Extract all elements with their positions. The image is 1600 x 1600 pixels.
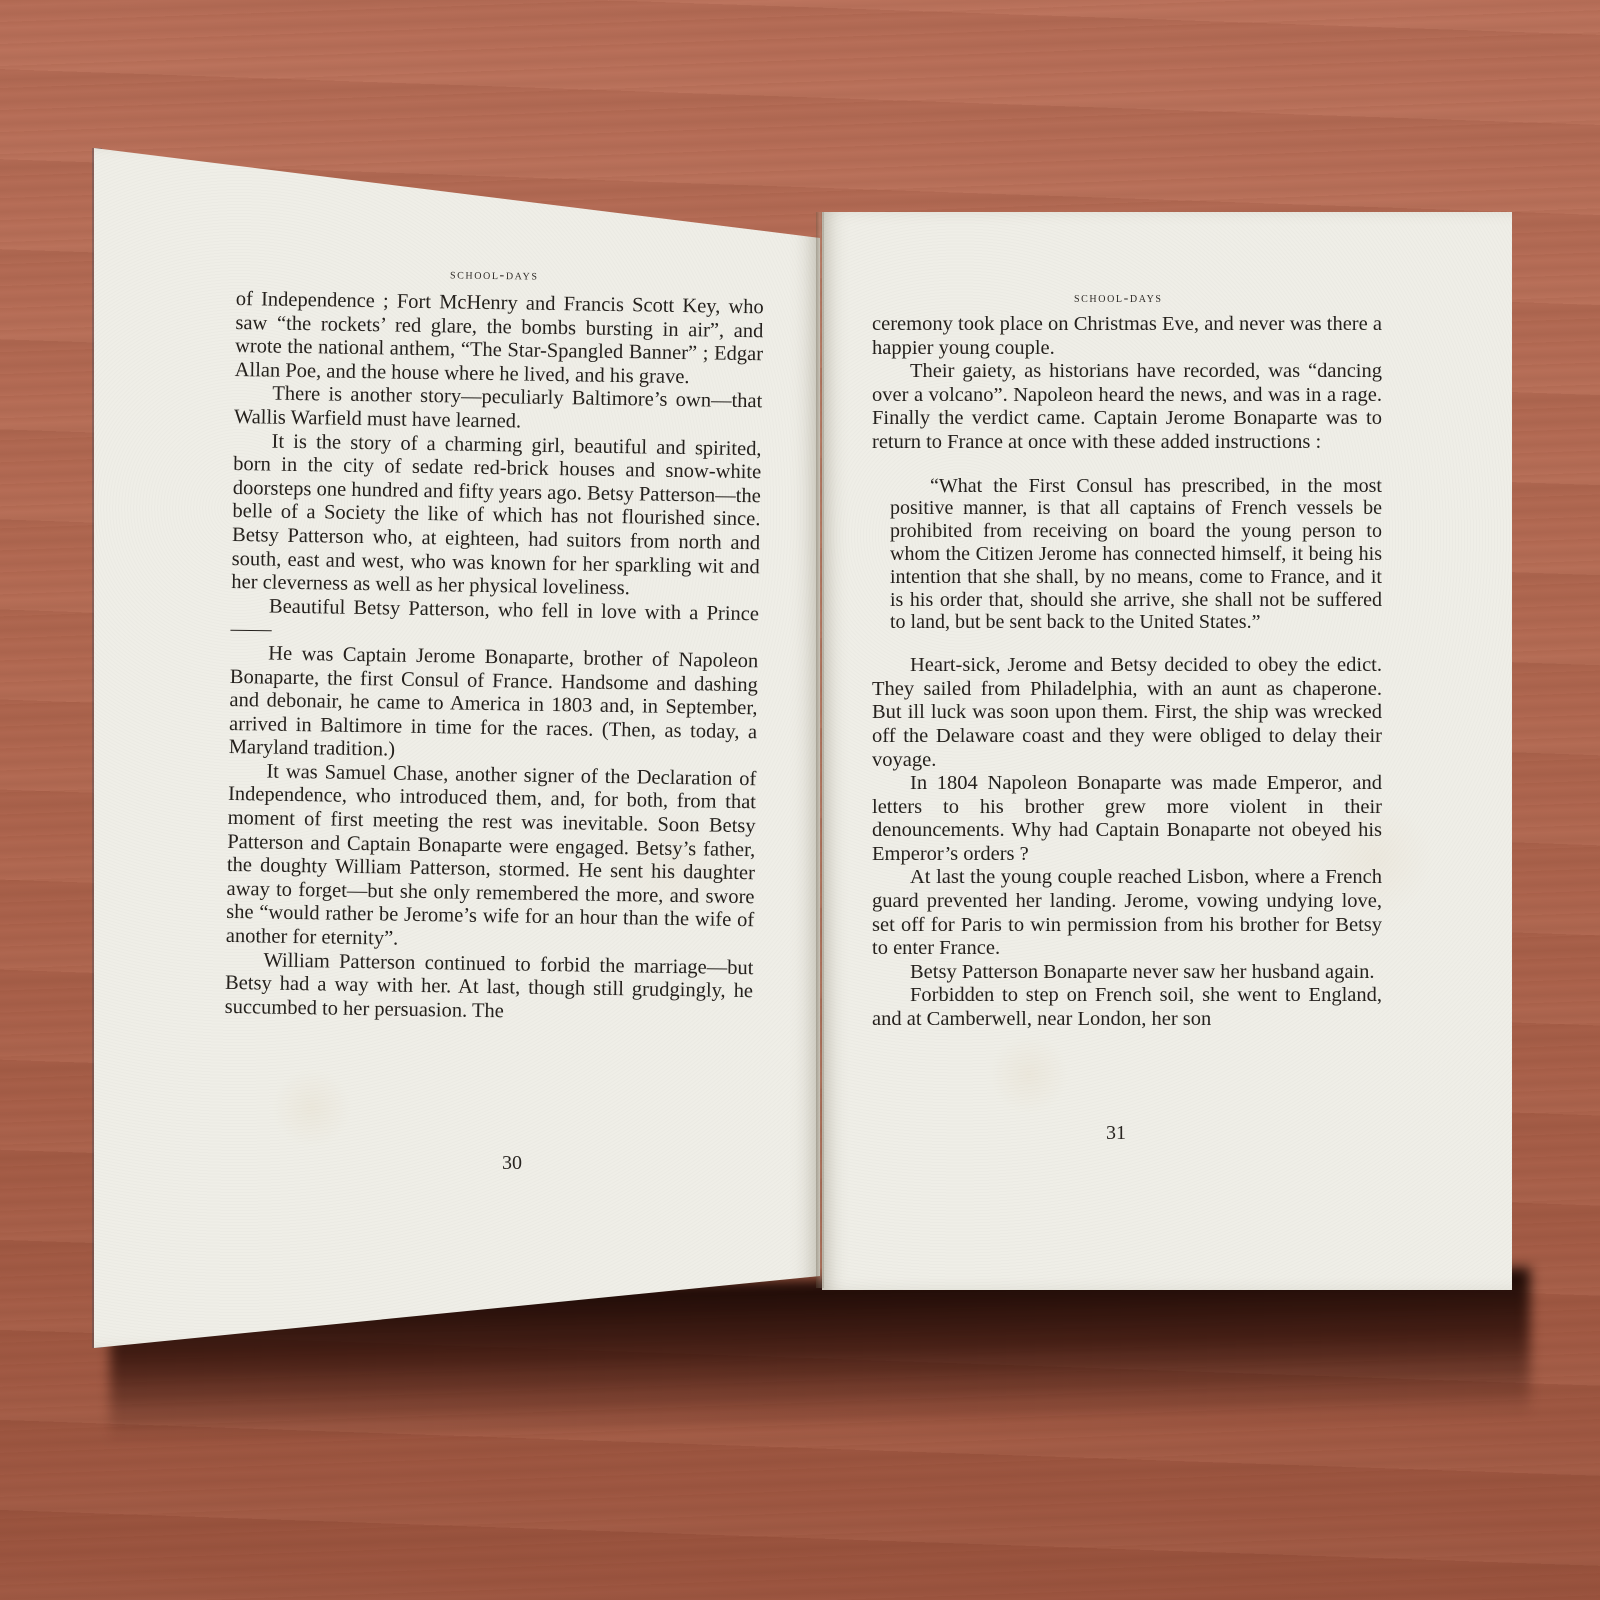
paragraph: In 1804 Napoleon Bonaparte was made Empe… [872, 772, 1382, 866]
paragraph: At last the young couple reached Lisbon,… [872, 866, 1382, 960]
block-quote: “What the First Consul has prescribed, i… [890, 475, 1382, 635]
paragraph: There is another story—peculiarly Baltim… [234, 382, 763, 437]
paragraph: Forbidden to step on French soil, she we… [872, 984, 1382, 1031]
paragraph: It was Samuel Chase, another signer of t… [226, 760, 757, 957]
right-running-head: SCHOOL-DAYS [1074, 291, 1163, 307]
left-page-text: of Independence ; Fort McHenry and Franc… [225, 288, 764, 1028]
paragraph: William Patterson continued to forbid th… [225, 949, 754, 1028]
paragraph: He was Captain Jerome Bonaparte, brother… [229, 642, 759, 768]
paragraph: It is the story of a charming girl, beau… [231, 430, 762, 603]
paragraph: Heart-sick, Jerome and Betsy decided to … [872, 654, 1382, 772]
right-page-text: ceremony took place on Christmas Eve, an… [872, 313, 1382, 1032]
paragraph: Betsy Patterson Bonaparte never saw her … [872, 961, 1382, 985]
left-page-number: 30 [502, 1152, 522, 1175]
left-running-head: SCHOOL-DAYS [450, 267, 539, 284]
paragraph: of Independence ; Fort McHenry and Franc… [235, 288, 764, 391]
book-gutter [816, 212, 824, 1288]
paragraph: Their gaiety, as historians have recorde… [872, 360, 1382, 454]
paragraph: ceremony took place on Christmas Eve, an… [872, 313, 1382, 360]
paragraph: Beautiful Betsy Patterson, who fell in l… [230, 595, 759, 650]
right-page-number: 31 [1106, 1122, 1126, 1145]
